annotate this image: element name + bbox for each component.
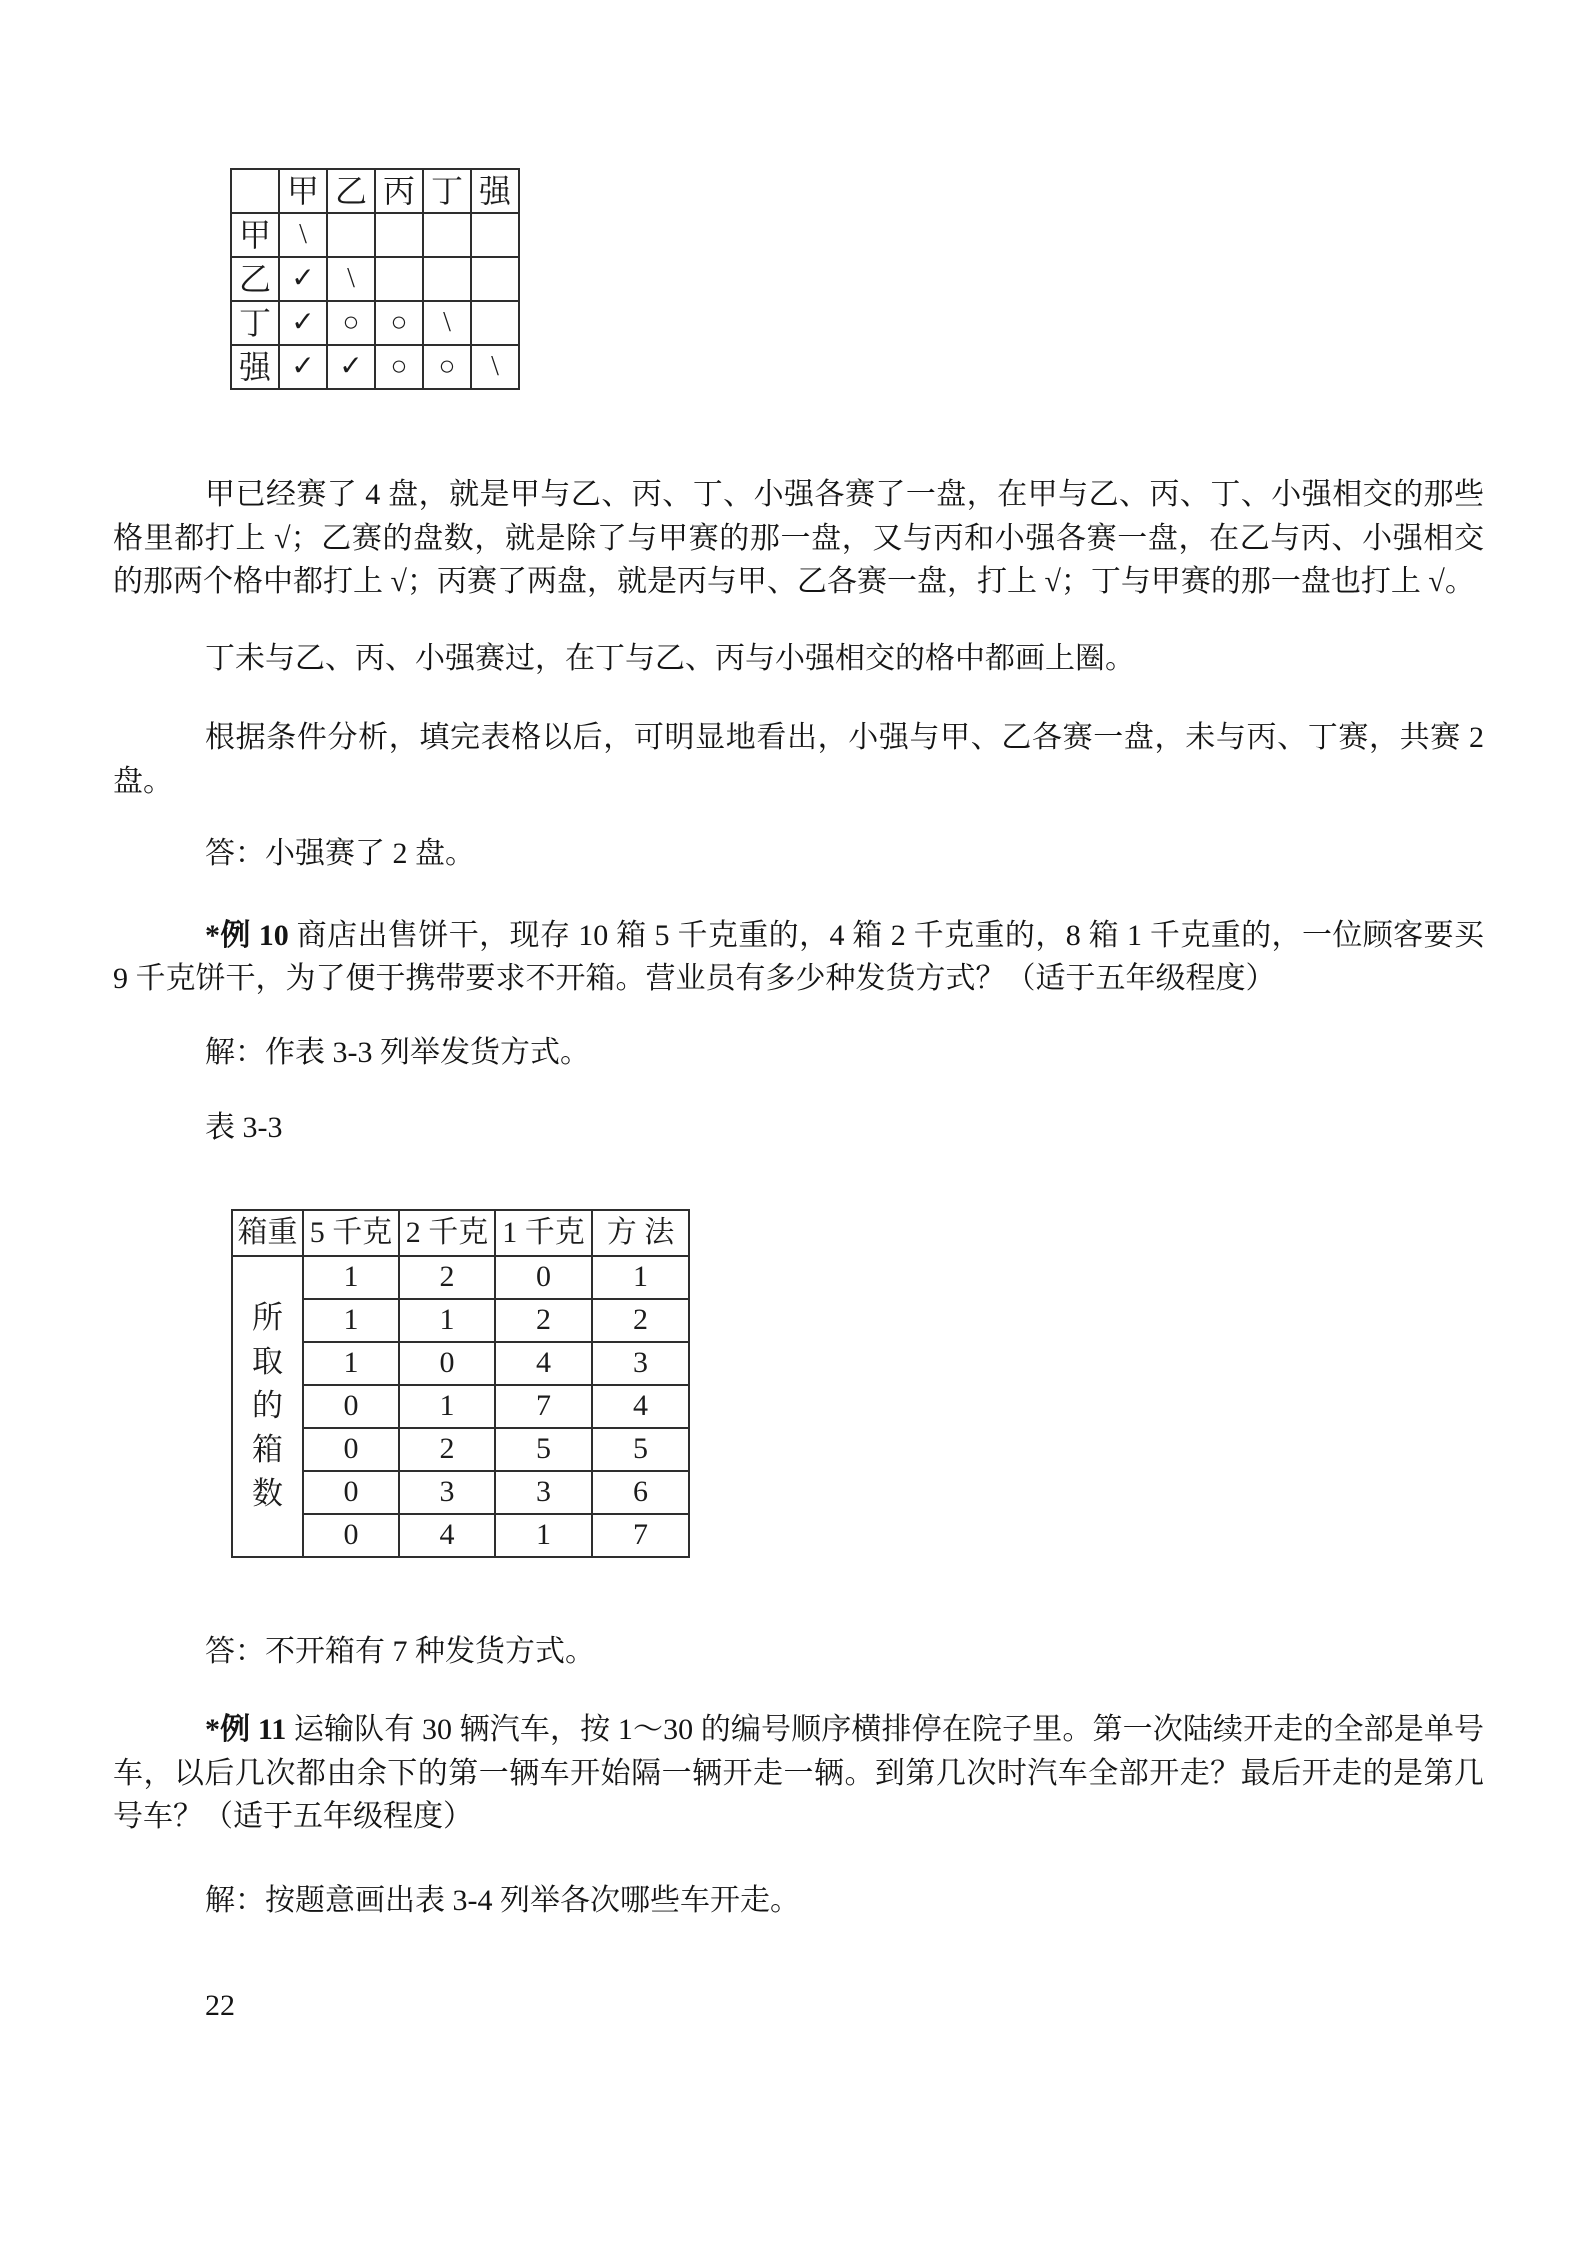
match-header-cell: 强: [471, 169, 519, 213]
delivery-value-cell: 1: [303, 1256, 399, 1299]
delivery-value-cell: 2: [399, 1428, 495, 1471]
paragraph-example-11: *例 11 运输队有 30 辆汽车，按 1～30 的编号顺序横排停在院子里。第一…: [113, 1708, 1484, 1839]
delivery-value-cell: 2: [399, 1256, 495, 1299]
table-3-3-caption: 表 3-3: [113, 1106, 1484, 1150]
match-mark-cell: [471, 257, 519, 301]
match-mark-cell: [375, 213, 423, 257]
match-row-label: 乙: [231, 257, 279, 301]
page-number: 22: [113, 1984, 1484, 2028]
match-mark-cell: \: [471, 345, 519, 389]
match-mark-cell: [471, 213, 519, 257]
match-mark-cell: [327, 213, 375, 257]
delivery-value-cell: 4: [592, 1385, 689, 1428]
delivery-value-cell: 2: [592, 1299, 689, 1342]
match-mark-cell: \: [327, 257, 375, 301]
match-header-cell: [231, 169, 279, 213]
delivery-header-cell: 5 千克: [303, 1210, 399, 1256]
delivery-value-cell: 2: [495, 1299, 592, 1342]
match-mark-cell: ○: [327, 301, 375, 345]
match-mark-cell: ✓: [279, 257, 327, 301]
paragraph-solution-10: 解：作表 3-3 列举发货方式。: [113, 1031, 1484, 1075]
delivery-header-cell: 箱重: [232, 1210, 303, 1256]
match-header-row: 甲乙丙丁强: [231, 169, 519, 213]
match-row: 丁✓○○\: [231, 301, 519, 345]
match-mark-cell: ○: [375, 345, 423, 389]
delivery-value-cell: 0: [303, 1471, 399, 1514]
paragraph-answer-9: 答：小强赛了 2 盘。: [113, 832, 1484, 876]
document-page: 甲乙丙丁强甲\乙✓\丁✓○○\强✓✓○○\ 甲已经赛了 4 盘，就是甲与乙、丙、…: [0, 0, 1587, 2245]
match-mark-cell: [423, 257, 471, 301]
paragraph-analysis-1: 甲已经赛了 4 盘，就是甲与乙、丙、丁、小强各赛了一盘，在甲与乙、丙、丁、小强相…: [113, 473, 1484, 604]
example-11-label: *例 11: [205, 1713, 286, 1746]
match-table: 甲乙丙丁强甲\乙✓\丁✓○○\强✓✓○○\: [230, 168, 520, 390]
match-row-label: 强: [231, 345, 279, 389]
delivery-header-cell: 1 千克: [495, 1210, 592, 1256]
match-mark-cell: ✓: [279, 301, 327, 345]
delivery-value-cell: 4: [495, 1342, 592, 1385]
delivery-value-cell: 1: [495, 1514, 592, 1557]
match-mark-cell: [471, 301, 519, 345]
match-mark-cell: ○: [375, 301, 423, 345]
match-header-cell: 丙: [375, 169, 423, 213]
delivery-value-cell: 1: [399, 1299, 495, 1342]
delivery-value-cell: 0: [303, 1385, 399, 1428]
delivery-value-cell: 0: [303, 1514, 399, 1557]
example-11-text: 运输队有 30 辆汽车，按 1～30 的编号顺序横排停在院子里。第一次陆续开走的…: [113, 1713, 1484, 1833]
example-10-label: *例 10: [205, 919, 289, 952]
match-header-cell: 丁: [423, 169, 471, 213]
delivery-header-cell: 2 千克: [399, 1210, 495, 1256]
delivery-header-cell: 方 法: [592, 1210, 689, 1256]
match-mark-cell: [375, 257, 423, 301]
delivery-table: 箱重5 千克2 千克1 千克方 法所取的箱数120111221043017402…: [231, 1209, 690, 1558]
delivery-value-cell: 1: [303, 1299, 399, 1342]
delivery-value-cell: 3: [592, 1342, 689, 1385]
delivery-row: 所取的箱数1201: [232, 1256, 689, 1299]
match-row: 强✓✓○○\: [231, 345, 519, 389]
delivery-value-cell: 0: [303, 1428, 399, 1471]
delivery-value-cell: 7: [592, 1514, 689, 1557]
paragraph-solution-11: 解：按题意画出表 3-4 列举各次哪些车开走。: [113, 1879, 1484, 1923]
delivery-value-cell: 1: [399, 1385, 495, 1428]
paragraph-example-10: *例 10 商店出售饼干，现存 10 箱 5 千克重的，4 箱 2 千克重的，8…: [113, 914, 1484, 1001]
match-mark-cell: ✓: [279, 345, 327, 389]
delivery-row-group-label: 所取的箱数: [232, 1256, 303, 1557]
match-mark-cell: [423, 213, 471, 257]
example-10-text: 商店出售饼干，现存 10 箱 5 千克重的，4 箱 2 千克重的，8 箱 1 千…: [113, 919, 1484, 996]
delivery-value-cell: 5: [592, 1428, 689, 1471]
delivery-value-cell: 1: [592, 1256, 689, 1299]
delivery-value-cell: 0: [495, 1256, 592, 1299]
paragraph-analysis-3: 根据条件分析，填完表格以后，可明显地看出，小强与甲、乙各赛一盘，未与丙、丁赛，共…: [113, 716, 1484, 803]
delivery-header-row: 箱重5 千克2 千克1 千克方 法: [232, 1210, 689, 1256]
match-header-cell: 甲: [279, 169, 327, 213]
match-row-label: 丁: [231, 301, 279, 345]
match-row-label: 甲: [231, 213, 279, 257]
paragraph-analysis-2: 丁未与乙、丙、小强赛过，在丁与乙、丙与小强相交的格中都画上圈。: [113, 637, 1484, 681]
match-mark-cell: ✓: [327, 345, 375, 389]
match-header-cell: 乙: [327, 169, 375, 213]
delivery-value-cell: 3: [495, 1471, 592, 1514]
delivery-value-cell: 7: [495, 1385, 592, 1428]
delivery-value-cell: 6: [592, 1471, 689, 1514]
match-row: 甲\: [231, 213, 519, 257]
match-mark-cell: \: [279, 213, 327, 257]
match-mark-cell: ○: [423, 345, 471, 389]
paragraph-answer-10: 答：不开箱有 7 种发货方式。: [113, 1630, 1484, 1674]
delivery-value-cell: 5: [495, 1428, 592, 1471]
match-row: 乙✓\: [231, 257, 519, 301]
delivery-value-cell: 0: [399, 1342, 495, 1385]
delivery-value-cell: 4: [399, 1514, 495, 1557]
match-mark-cell: \: [423, 301, 471, 345]
delivery-value-cell: 3: [399, 1471, 495, 1514]
delivery-value-cell: 1: [303, 1342, 399, 1385]
